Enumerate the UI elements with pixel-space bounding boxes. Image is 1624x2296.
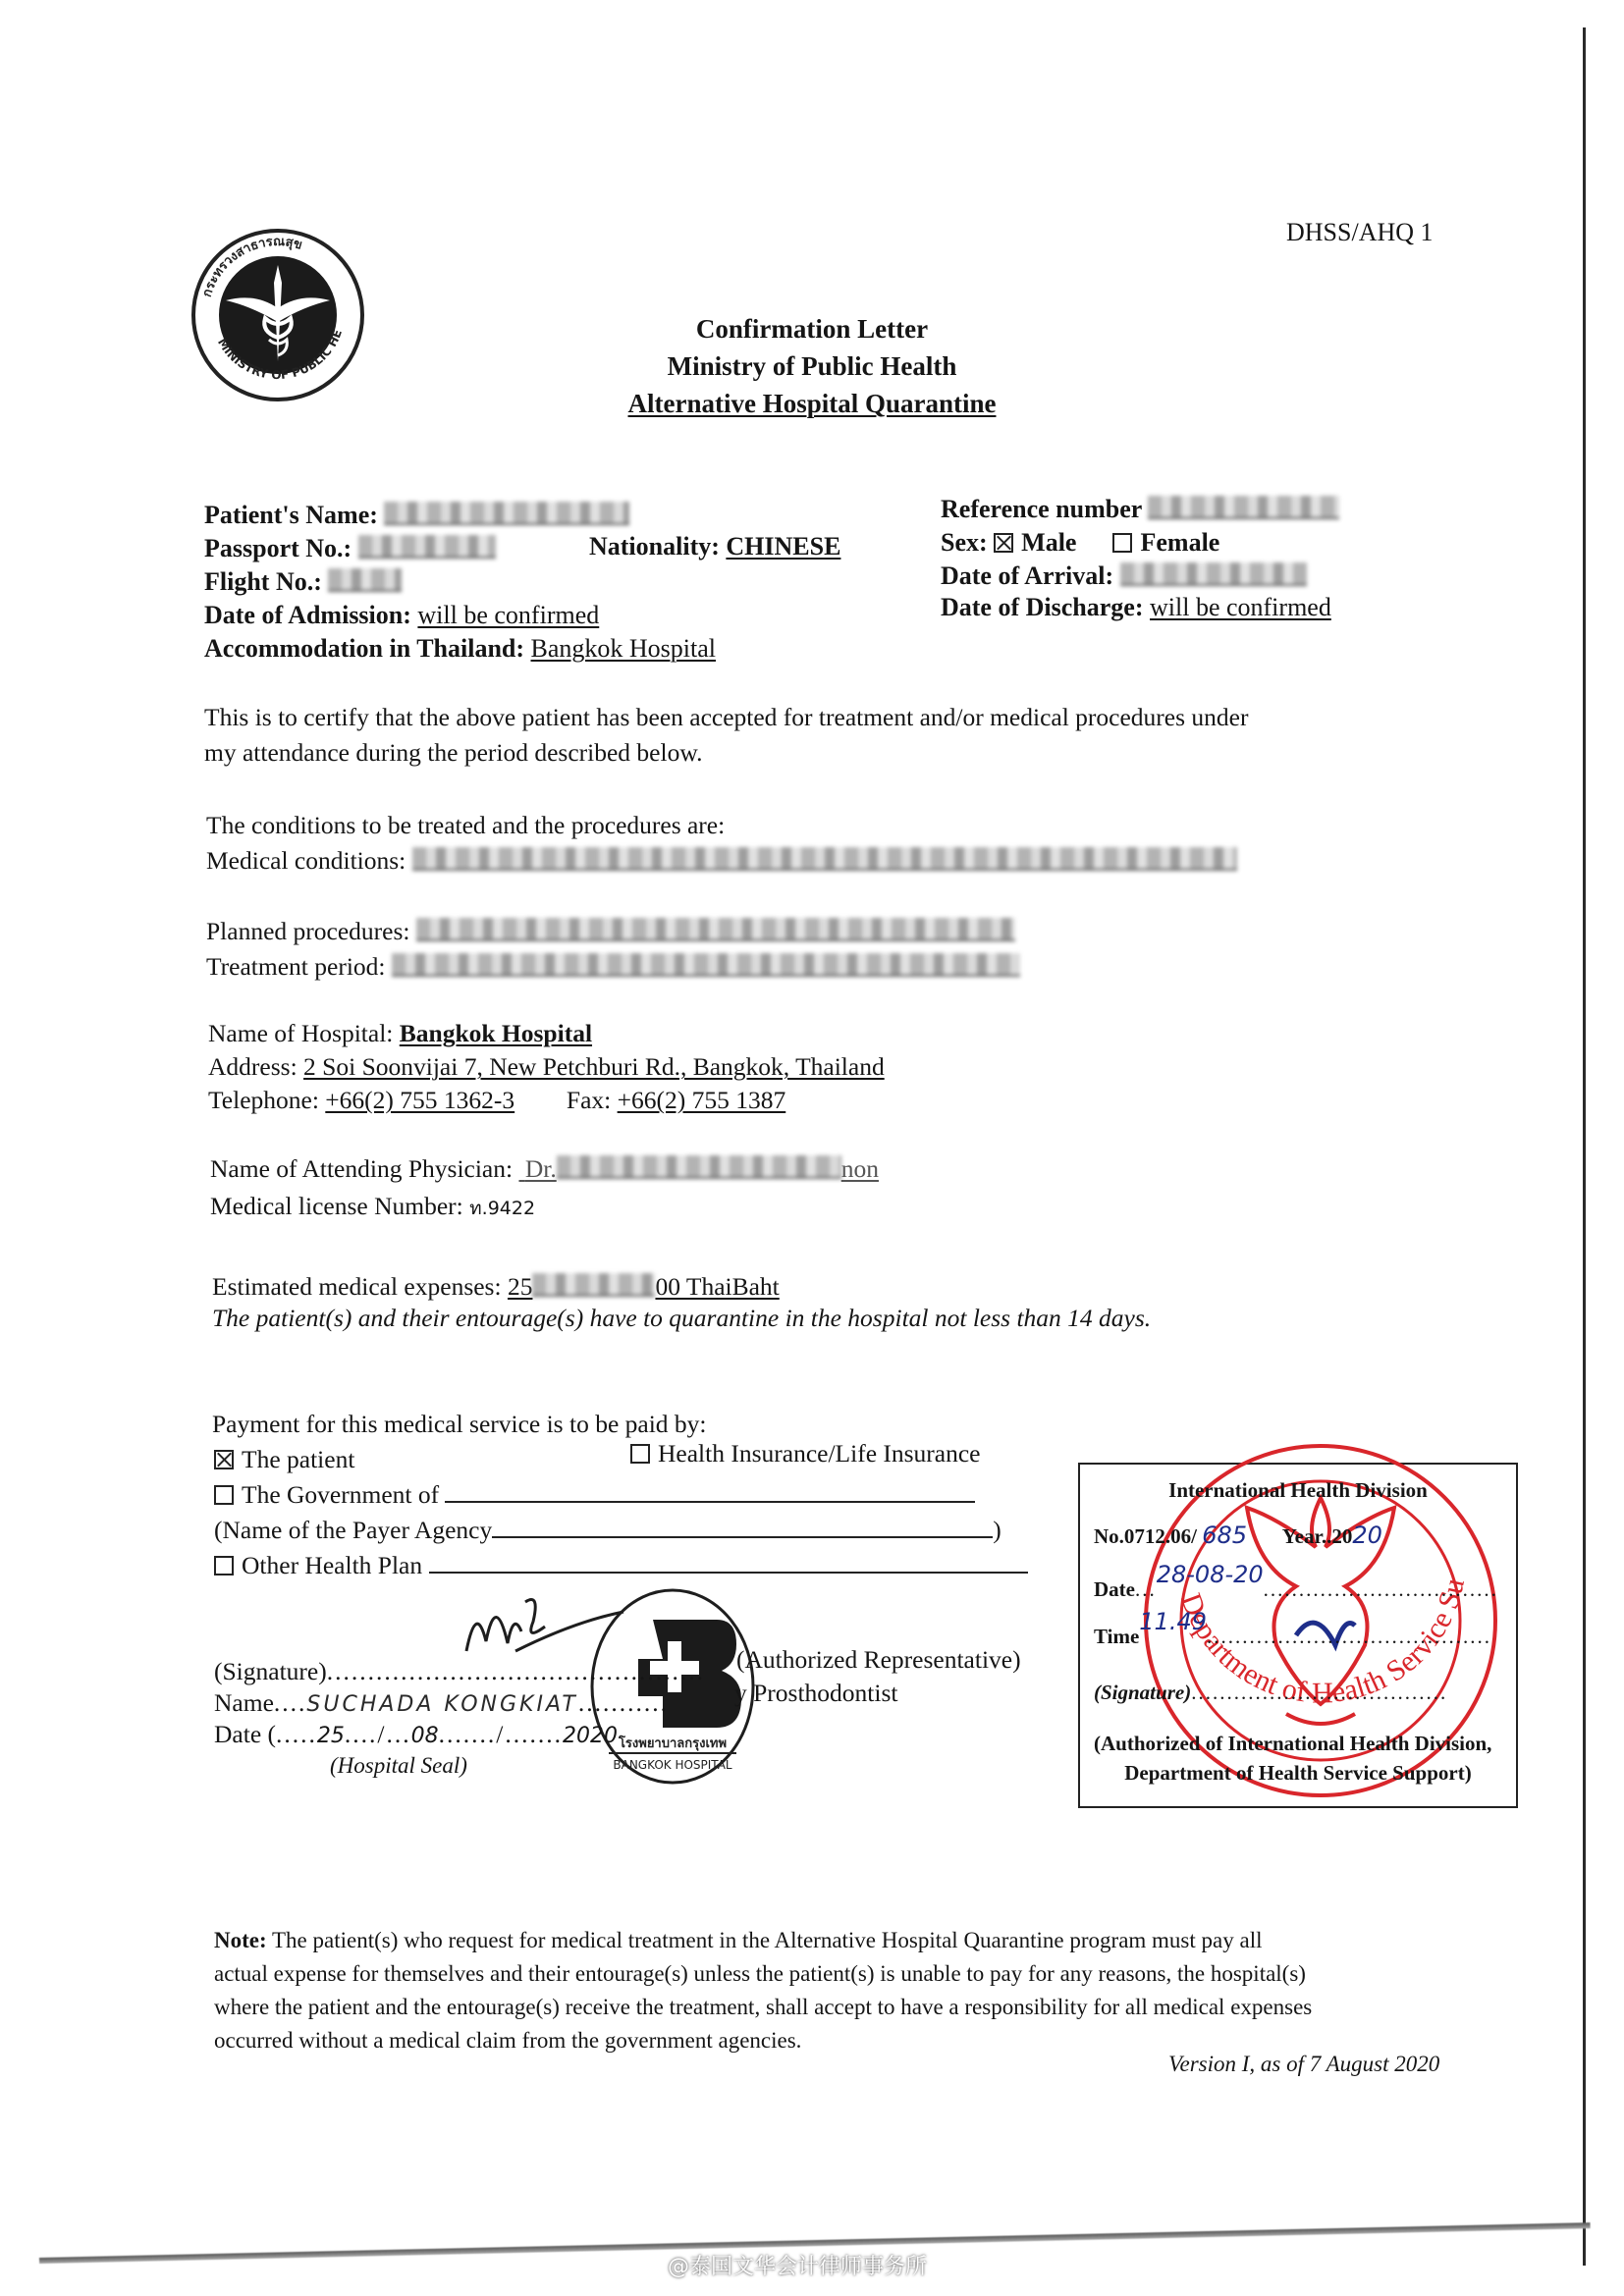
nationality-value: CHINESE [726, 532, 840, 561]
physician-row: Name of Attending Physician: Dr.non [210, 1154, 879, 1184]
sex-female-checkbox[interactable] [1112, 533, 1132, 553]
document-reference: DHSS/AHQ 1 [1286, 218, 1434, 247]
reference-redacted [1148, 496, 1339, 519]
payment-other-checkbox[interactable] [214, 1556, 234, 1575]
treatment-period-row: Treatment period: [206, 952, 1020, 982]
flight-redacted [328, 568, 402, 592]
government-blank[interactable] [445, 1501, 975, 1503]
title-ahq: Alternative Hospital Quarantine [0, 389, 1624, 419]
medical-conditions-redacted [412, 847, 1237, 871]
patient-name-redacted [384, 502, 629, 525]
patient-name-row: Patient's Name: [204, 501, 629, 530]
payment-insurance-checkbox[interactable] [630, 1444, 650, 1464]
passport-redacted [358, 535, 496, 559]
payer-agency-blank[interactable] [492, 1536, 993, 1538]
title-ministry: Ministry of Public Health [0, 351, 1624, 382]
physician-title: y Prosthodontist [734, 1679, 898, 1708]
signature-row: (Signature).............................… [214, 1657, 705, 1686]
other-plan-blank[interactable] [429, 1572, 1028, 1574]
expenses-row: Estimated medical expenses: 2500 ThaiBah… [212, 1272, 780, 1302]
arrival-row: Date of Arrival: [941, 561, 1307, 591]
svg-text:BANGKOK HOSPITAL: BANGKOK HOSPITAL [613, 1758, 732, 1772]
name-row: Name....SUCHADA KONGKIAT........... [214, 1688, 669, 1718]
admission-row: Date of Admission: will be confirmed [204, 601, 599, 630]
planned-procedures-redacted [416, 918, 1015, 941]
payment-option-insurance: Health Insurance/Life Insurance [630, 1439, 981, 1468]
payment-patient-checkbox[interactable] [214, 1450, 234, 1469]
nationality-row: Nationality: CHINESE [589, 532, 840, 561]
sex-male-checkbox[interactable] [994, 533, 1013, 553]
svg-text:โรงพยาบาลกรุงเทพ: โรงพยาบาลกรุงเทพ [618, 1735, 727, 1751]
payer-agency-row: (Name of the Payer Agency) [214, 1516, 1001, 1545]
title-confirmation-letter: Confirmation Letter [0, 314, 1624, 345]
certify-line-2: my attendance during the period describe… [204, 738, 702, 768]
date-row: Date (.....25..../...08......./.......20… [214, 1720, 618, 1749]
arrival-redacted [1120, 562, 1307, 586]
license-row: Medical license Number: ท.9422 [210, 1192, 535, 1223]
payment-option-government: The Government of [214, 1480, 975, 1510]
flight-row: Flight No.: [204, 567, 402, 597]
expenses-redacted [532, 1273, 655, 1297]
ihd-authority-line-2: Department of Health Service Support) [1080, 1761, 1516, 1786]
version-text: Version I, as of 7 August 2020 [1168, 2052, 1439, 2077]
hospital-address-row: Address: 2 Soi Soonvijai 7, New Petchbur… [208, 1052, 885, 1082]
payment-option-patient: The patient [214, 1445, 354, 1474]
ihd-authority-line-1: (Authorized of International Health Divi… [1094, 1732, 1491, 1756]
conditions-intro: The conditions to be treated and the pro… [206, 811, 725, 840]
hospital-name-row: Name of Hospital: Bangkok Hospital [208, 1019, 592, 1048]
discharge-row: Date of Discharge: will be confirmed [941, 593, 1331, 622]
reference-row: Reference number [941, 495, 1339, 524]
passport-row: Passport No.: [204, 534, 496, 563]
payment-option-other: Other Health Plan [214, 1551, 1028, 1580]
ihd-signature-row: (Signature).............................… [1094, 1681, 1447, 1705]
certify-line-1: This is to certify that the above patien… [204, 703, 1248, 732]
watermark: @泰国文华会计律师事务所 [668, 2250, 927, 2280]
accommodation-row: Accommodation in Thailand: Bangkok Hospi… [204, 634, 716, 664]
ihd-number-row: No.0712.06/ 685 Year..2020 [1094, 1522, 1382, 1549]
planned-procedures-row: Planned procedures: [206, 917, 1015, 946]
payment-title: Payment for this medical service is to b… [212, 1410, 707, 1439]
treatment-period-redacted [392, 953, 1020, 977]
sex-row: Sex: Male Female [941, 528, 1219, 558]
medical-conditions-row: Medical conditions: [206, 846, 1237, 876]
hospital-seal-label: (Hospital Seal) [330, 1753, 467, 1779]
note-block: Note: The patient(s) who request for med… [214, 1924, 1312, 2057]
authorized-representative: (Authorized Representative) [736, 1645, 1021, 1675]
international-health-division-box: Department of Health Service Support Int… [1078, 1463, 1518, 1808]
payment-government-checkbox[interactable] [214, 1485, 234, 1505]
ihd-date-row: Date...28-08-20.........................… [1094, 1575, 1498, 1602]
hospital-phone-row: Telephone: +66(2) 755 1362-3 Fax: +66(2)… [208, 1086, 785, 1115]
physician-redacted [557, 1155, 841, 1179]
ihd-time-row: Time11.49...............................… [1094, 1622, 1491, 1649]
quarantine-note: The patient(s) and their entourage(s) ha… [212, 1304, 1151, 1333]
ihd-title: International Health Division [1080, 1478, 1516, 1503]
